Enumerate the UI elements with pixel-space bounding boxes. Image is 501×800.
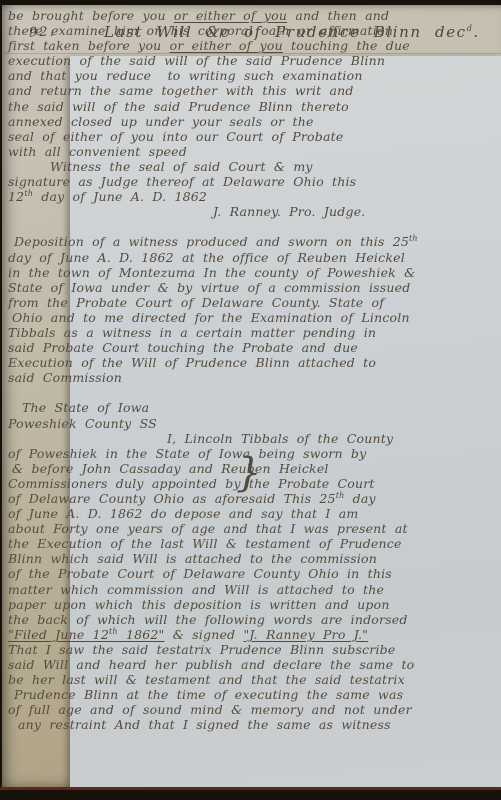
caption-brace: } bbox=[236, 453, 261, 493]
handwritten-line: said Commission bbox=[8, 370, 501, 385]
handwritten-line: The State of Iowa bbox=[8, 400, 501, 415]
handwritten-line: That I saw the said testatrix Prudence B… bbox=[8, 642, 501, 657]
handwritten-line: "Filed June 12th 1862" & signed "J. Rann… bbox=[8, 627, 501, 642]
handwritten-line: J. Ranney. Pro. Judge. bbox=[8, 204, 501, 219]
handwritten-line: State of Iowa under & by virtue of a com… bbox=[8, 280, 501, 295]
handwritten-line: annexed closed up under your seals or th… bbox=[8, 114, 501, 129]
handwritten-line: of June A. D. 1862 do depose and say tha… bbox=[8, 506, 501, 521]
handwritten-line: I, Lincoln Tibbals of the County bbox=[8, 431, 501, 446]
handwritten-line: the back of which will the following wor… bbox=[8, 612, 501, 627]
bottom-binding-rule bbox=[0, 787, 501, 790]
handwritten-line: Poweshiek County SS bbox=[8, 416, 501, 431]
handwritten-line: first taken before you or either of you … bbox=[8, 38, 501, 53]
handwritten-line: Execution of the Will of Prudence Blinn … bbox=[8, 355, 501, 370]
handwritten-line: signature as Judge thereof at Delaware O… bbox=[8, 174, 501, 189]
handwritten-line: day of June A. D. 1862 at the office of … bbox=[8, 250, 501, 265]
handwritten-line: and return the same together with this w… bbox=[8, 83, 501, 98]
handwritten-line: there examine him on his corporal oath o… bbox=[8, 23, 501, 38]
handwritten-line: with all convenient speed bbox=[8, 144, 501, 159]
handwritten-line: seal of either of you into our Court of … bbox=[8, 129, 501, 144]
handwritten-line: of full age and of sound mind & memory a… bbox=[8, 702, 501, 717]
handwritten-line: said Probate Court touching the Probate … bbox=[8, 340, 501, 355]
handwritten-line: paper upon which this deposition is writ… bbox=[8, 597, 501, 612]
handwritten-line: be brought before you or either of you a… bbox=[8, 8, 501, 23]
handwritten-line: Blinn which said Will is attached to the… bbox=[8, 551, 501, 566]
handwritten-line: said Will and heard her publish and decl… bbox=[8, 657, 501, 672]
scanned-document-page: 92. Last Will &c of Prudence Blinn decd.… bbox=[0, 0, 501, 800]
handwritten-line: any restraint And that I signed the same… bbox=[8, 717, 501, 732]
handwritten-line: Ohio and to me directed for the Examinat… bbox=[8, 310, 501, 325]
handwritten-line: 12th day of June A. D. 1862 bbox=[8, 189, 501, 204]
handwritten-line: Witness the seal of said Court & my bbox=[8, 159, 501, 174]
handwritten-line: the Execution of the last Will & testame… bbox=[8, 536, 501, 551]
handwritten-line: about Forty one years of age and that I … bbox=[8, 521, 501, 536]
body-lines: be brought before you or either of you a… bbox=[8, 8, 501, 733]
handwritten-line: Deposition of a witness produced and swo… bbox=[8, 234, 501, 249]
handwritten-line: matter which commission and Will is atta… bbox=[8, 582, 501, 597]
handwritten-line: in the town of Montezuma In the county o… bbox=[8, 265, 501, 280]
handwritten-line: Prudence Blinn at the time of executing … bbox=[8, 687, 501, 702]
handwritten-line: execution of the said will of the said P… bbox=[8, 53, 501, 68]
handwritten-line: of the Probate Court of Delaware County … bbox=[8, 566, 501, 581]
handwritten-line: Tibbals as a witness in a certain matter… bbox=[8, 325, 501, 340]
handwritten-line bbox=[8, 385, 501, 400]
handwritten-line bbox=[8, 219, 501, 234]
handwritten-line: and that you reduce to writing such exam… bbox=[8, 68, 501, 83]
handwritten-line: from the Probate Court of Delaware Count… bbox=[8, 295, 501, 310]
handwritten-line: be her last will & testament and that th… bbox=[8, 672, 501, 687]
handwritten-line: the said will of the said Prudence Blinn… bbox=[8, 99, 501, 114]
